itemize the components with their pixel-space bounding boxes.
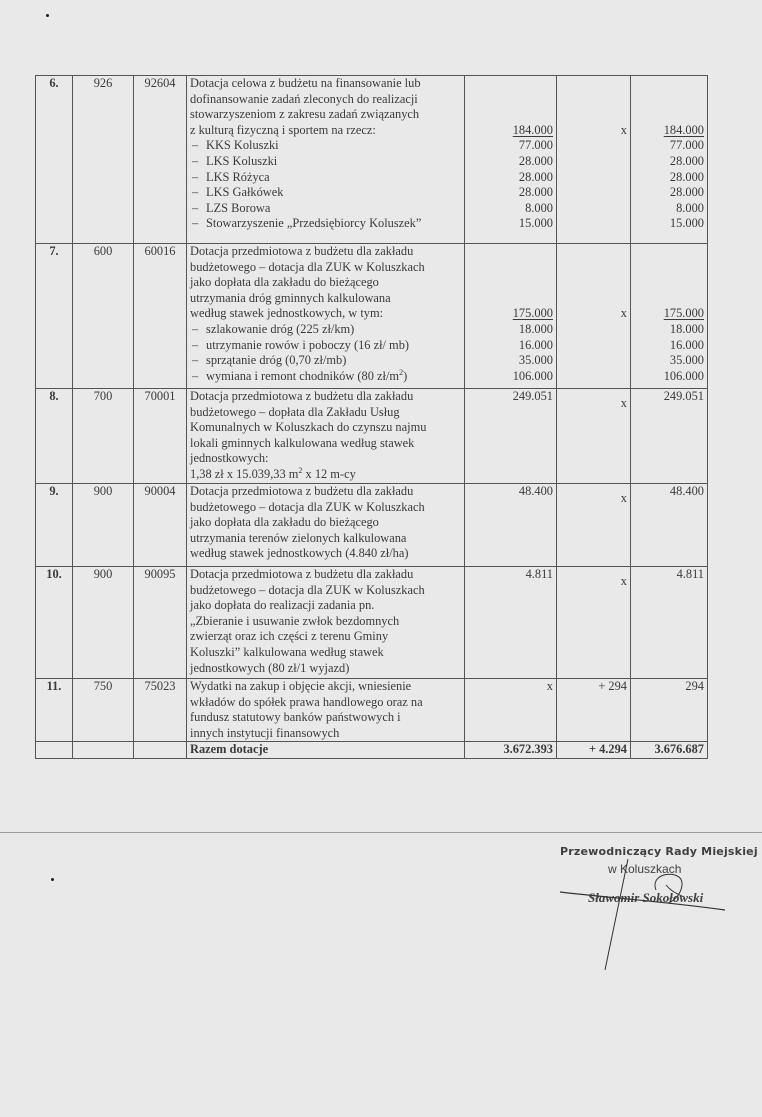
change-amount: x bbox=[560, 574, 627, 590]
after-sub-amount: 28.000 bbox=[634, 185, 704, 201]
empty-cell bbox=[134, 742, 187, 759]
description-line: innych instytucji finansowych bbox=[190, 726, 461, 742]
plan-sub-amount: 16.000 bbox=[468, 338, 553, 354]
plan-amount-cell: 184.00077.00028.00028.00028.0008.00015.0… bbox=[465, 76, 557, 244]
scan-speck bbox=[46, 14, 49, 17]
plan-sub-amount: 15.000 bbox=[468, 216, 553, 232]
formula-text: 1,38 zł x 15.039,33 m bbox=[190, 467, 298, 481]
description-line: lokali gminnych kalkulowana według stawe… bbox=[190, 436, 461, 452]
description-line: jednostkowych: bbox=[190, 451, 461, 467]
plan-amount-cell: x bbox=[465, 679, 557, 742]
description-line: Koluszki” kalkulowana według stawek bbox=[190, 645, 461, 661]
sub-item-label: LKS Gałkówek bbox=[206, 185, 283, 199]
description-line: budżetowego – dotacja dla ZUK w Koluszka… bbox=[190, 500, 461, 516]
description-line: fundusz statutowy banków państwowych i bbox=[190, 710, 461, 726]
description-line: według stawek jednostkowych, w tym: bbox=[190, 306, 461, 322]
description-cell: Dotacja przedmiotowa z budżetu dla zakła… bbox=[187, 389, 465, 484]
sub-item: LZS Borowa bbox=[190, 201, 461, 217]
empty-cell bbox=[73, 742, 134, 759]
plan-amount-cell: 249.051 bbox=[465, 389, 557, 484]
empty-cell bbox=[36, 742, 73, 759]
after-amount: 184.000 bbox=[634, 123, 704, 139]
formula-text: x 12 m-cy bbox=[302, 467, 355, 481]
change-amount: x bbox=[560, 123, 627, 139]
description-line: Dotacja przedmiotowa z budżetu dla zakła… bbox=[190, 389, 461, 405]
table-row: 9.90090004Dotacja przedmiotowa z budżetu… bbox=[36, 484, 708, 567]
description-cell: Wydatki na zakup i objęcie akcji, wniesi… bbox=[187, 679, 465, 742]
total-label: Razem dotacje bbox=[187, 742, 465, 759]
total-after: 3.676.687 bbox=[631, 742, 708, 759]
plan-amount-cell: 4.811 bbox=[465, 567, 557, 679]
sub-item: LKS Koluszki bbox=[190, 154, 461, 170]
page-divider-line bbox=[0, 832, 762, 833]
sub-item-label: wymiana i remont chodników (80 zł/m bbox=[206, 369, 399, 383]
change-cell: x bbox=[557, 244, 631, 389]
description-line: jako dopłata do realizacji zadania pn. bbox=[190, 598, 461, 614]
after-amount-cell: 249.051 bbox=[631, 389, 708, 484]
after-amount: 4.811 bbox=[634, 567, 704, 583]
sub-item-label: szlakowanie dróg (225 zł/km) bbox=[206, 322, 354, 336]
sub-item: LKS Gałkówek bbox=[190, 185, 461, 201]
sub-item-label: KKS Koluszki bbox=[206, 138, 279, 152]
after-sub-amount: 35.000 bbox=[634, 353, 704, 369]
description-line: zwierząt oraz ich części z terenu Gminy bbox=[190, 629, 461, 645]
description-line: Dotacja przedmiotowa z budżetu dla zakła… bbox=[190, 567, 461, 583]
sub-item-label: utrzymanie rowów i poboczy (16 zł/ mb) bbox=[206, 338, 409, 352]
subsidy-table: 6.92692604Dotacja celowa z budżetu na fi… bbox=[35, 75, 708, 759]
after-sub-amount: 28.000 bbox=[634, 154, 704, 170]
description-line: utrzymania dróg gminnych kalkulowana bbox=[190, 291, 461, 307]
sub-item: utrzymanie rowów i poboczy (16 zł/ mb) bbox=[190, 338, 461, 354]
after-amount-cell: 175.00018.00016.00035.000106.000 bbox=[631, 244, 708, 389]
sub-item: KKS Koluszki bbox=[190, 138, 461, 154]
description-line: wkładów do spółek prawa handlowego oraz … bbox=[190, 695, 461, 711]
change-amount: x bbox=[560, 491, 627, 507]
after-sub-amount: 15.000 bbox=[634, 216, 704, 232]
table-row: 10.90090095Dotacja przedmiotowa z budżet… bbox=[36, 567, 708, 679]
description-line: Komunalnych w Koluszkach do czynszu najm… bbox=[190, 420, 461, 436]
scan-speck bbox=[51, 878, 54, 881]
rozdzial-code: 92604 bbox=[134, 76, 187, 244]
rozdzial-code: 75023 bbox=[134, 679, 187, 742]
after-sub-amount: 16.000 bbox=[634, 338, 704, 354]
sub-item: Stowarzyszenie „Przedsiębiorcy Koluszek” bbox=[190, 216, 461, 232]
after-sub-amount: 8.000 bbox=[634, 201, 704, 217]
description-line: jednostkowych (80 zł/1 wyjazd) bbox=[190, 661, 461, 677]
plan-amount: x bbox=[468, 679, 553, 695]
change-amount: x bbox=[560, 396, 627, 412]
row-number: 9. bbox=[36, 484, 73, 567]
description-cell: Dotacja przedmiotowa z budżetu dla zakła… bbox=[187, 244, 465, 389]
plan-sub-amount: 35.000 bbox=[468, 353, 553, 369]
description-line: jako dopłata dla zakładu do bieżącego bbox=[190, 275, 461, 291]
plan-amount: 175.000 bbox=[468, 306, 553, 322]
after-amount: 175.000 bbox=[634, 306, 704, 322]
rozdzial-code: 90004 bbox=[134, 484, 187, 567]
change-cell: x bbox=[557, 484, 631, 567]
description-line: budżetowego – dotacja dla ZUK w Koluszka… bbox=[190, 260, 461, 276]
after-amount-cell: 294 bbox=[631, 679, 708, 742]
change-cell: x bbox=[557, 76, 631, 244]
row-number: 8. bbox=[36, 389, 73, 484]
description-line: Wydatki na zakup i objęcie akcji, wniesi… bbox=[190, 679, 461, 695]
change-cell: x bbox=[557, 389, 631, 484]
description-line: z kulturą fizyczną i sportem na rzecz: bbox=[190, 123, 461, 139]
description-line: budżetowego – dopłata dla Zakładu Usług bbox=[190, 405, 461, 421]
description-line: dofinansowanie zadań zleconych do realiz… bbox=[190, 92, 461, 108]
dzial-code: 900 bbox=[73, 484, 134, 567]
plan-amount-cell: 48.400 bbox=[465, 484, 557, 567]
after-amount-cell: 48.400 bbox=[631, 484, 708, 567]
sub-item: LKS Różyca bbox=[190, 170, 461, 186]
row-number: 10. bbox=[36, 567, 73, 679]
description-line: utrzymania terenów zielonych kalkulowana bbox=[190, 531, 461, 547]
sub-item-label-end: ) bbox=[403, 369, 407, 383]
plan-sub-amount: 77.000 bbox=[468, 138, 553, 154]
sub-item: wymiana i remont chodników (80 zł/m2) bbox=[190, 369, 461, 385]
sub-item-label: LKS Różyca bbox=[206, 170, 270, 184]
description-line: stowarzyszeniom z zakresu zadań związany… bbox=[190, 107, 461, 123]
description-cell: Dotacja przedmiotowa z budżetu dla zakła… bbox=[187, 567, 465, 679]
after-amount: 249.051 bbox=[634, 389, 704, 405]
sub-item-label: LKS Koluszki bbox=[206, 154, 277, 168]
change-amount: + 294 bbox=[560, 679, 627, 695]
sub-item-label: sprzątanie dróg (0,70 zł/mb) bbox=[206, 353, 346, 367]
plan-amount-cell: 175.00018.00016.00035.000106.000 bbox=[465, 244, 557, 389]
handwritten-signature-icon bbox=[560, 845, 760, 975]
description-line: Dotacja przedmiotowa z budżetu dla zakła… bbox=[190, 244, 461, 260]
after-sub-amount: 106.000 bbox=[634, 369, 704, 385]
after-sub-amount: 28.000 bbox=[634, 170, 704, 186]
row-number: 7. bbox=[36, 244, 73, 389]
table-row: 8.70070001Dotacja przedmiotowa z budżetu… bbox=[36, 389, 708, 484]
sub-item: sprzątanie dróg (0,70 zł/mb) bbox=[190, 353, 461, 369]
dzial-code: 926 bbox=[73, 76, 134, 244]
plan-sub-amount: 8.000 bbox=[468, 201, 553, 217]
description-line: Dotacja celowa z budżetu na finansowanie… bbox=[190, 76, 461, 92]
table-row: 6.92692604Dotacja celowa z budżetu na fi… bbox=[36, 76, 708, 244]
description-line: „Zbieranie i usuwanie zwłok bezdomnych bbox=[190, 614, 461, 630]
plan-sub-amount: 18.000 bbox=[468, 322, 553, 338]
calculation-formula: 1,38 zł x 15.039,33 m2 x 12 m-cy bbox=[190, 467, 461, 483]
plan-amount: 249.051 bbox=[468, 389, 553, 405]
description-line: według stawek jednostkowych (4.840 zł/ha… bbox=[190, 546, 461, 562]
table-row: 7.60060016Dotacja przedmiotowa z budżetu… bbox=[36, 244, 708, 389]
after-amount-cell: 184.00077.00028.00028.00028.0008.00015.0… bbox=[631, 76, 708, 244]
after-amount: 294 bbox=[634, 679, 704, 695]
row-number: 6. bbox=[36, 76, 73, 244]
total-change: + 4.294 bbox=[557, 742, 631, 759]
rozdzial-code: 90095 bbox=[134, 567, 187, 679]
table-row: 11.75075023Wydatki na zakup i objęcie ak… bbox=[36, 679, 708, 742]
after-amount-cell: 4.811 bbox=[631, 567, 708, 679]
total-row: Razem dotacje3.672.393+ 4.2943.676.687 bbox=[36, 742, 708, 759]
change-cell: + 294 bbox=[557, 679, 631, 742]
plan-amount: 4.811 bbox=[468, 567, 553, 583]
sub-item-label: LZS Borowa bbox=[206, 201, 270, 215]
rozdzial-code: 70001 bbox=[134, 389, 187, 484]
description-cell: Dotacja przedmiotowa z budżetu dla zakła… bbox=[187, 484, 465, 567]
rozdzial-code: 60016 bbox=[134, 244, 187, 389]
plan-sub-amount: 28.000 bbox=[468, 185, 553, 201]
description-line: budżetowego – dotacja dla ZUK w Koluszka… bbox=[190, 583, 461, 599]
dzial-code: 700 bbox=[73, 389, 134, 484]
dzial-code: 750 bbox=[73, 679, 134, 742]
description-line: jako dopłata dla zakładu do bieżącego bbox=[190, 515, 461, 531]
plan-sub-amount: 28.000 bbox=[468, 170, 553, 186]
total-plan: 3.672.393 bbox=[465, 742, 557, 759]
after-sub-amount: 18.000 bbox=[634, 322, 704, 338]
dzial-code: 900 bbox=[73, 567, 134, 679]
dzial-code: 600 bbox=[73, 244, 134, 389]
row-number: 11. bbox=[36, 679, 73, 742]
plan-amount: 48.400 bbox=[468, 484, 553, 500]
sub-item: szlakowanie dróg (225 zł/km) bbox=[190, 322, 461, 338]
change-cell: x bbox=[557, 567, 631, 679]
sub-item-label: Stowarzyszenie „Przedsiębiorcy Koluszek” bbox=[206, 216, 421, 230]
after-sub-amount: 77.000 bbox=[634, 138, 704, 154]
description-cell: Dotacja celowa z budżetu na finansowanie… bbox=[187, 76, 465, 244]
plan-sub-amount: 106.000 bbox=[468, 369, 553, 385]
plan-sub-amount: 28.000 bbox=[468, 154, 553, 170]
plan-amount: 184.000 bbox=[468, 123, 553, 139]
after-amount: 48.400 bbox=[634, 484, 704, 500]
description-line: Dotacja przedmiotowa z budżetu dla zakła… bbox=[190, 484, 461, 500]
change-amount: x bbox=[560, 306, 627, 322]
